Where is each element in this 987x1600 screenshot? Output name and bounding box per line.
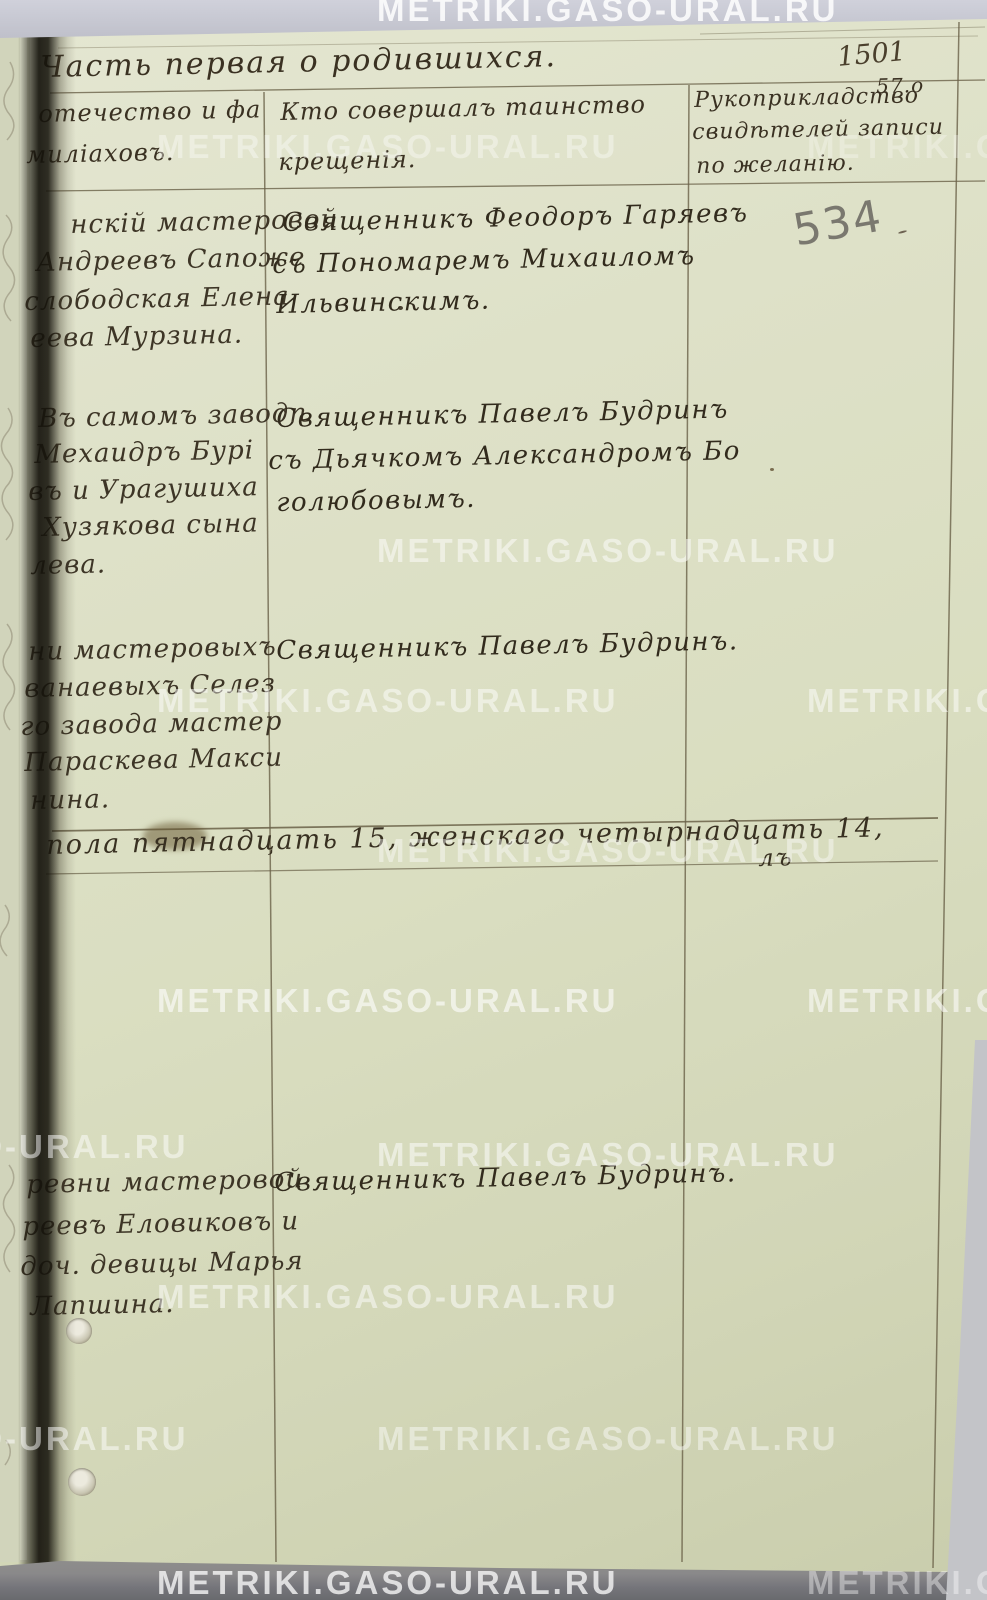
watermark-text: METRIKI.GASO-URAL.RU: [807, 982, 987, 1020]
watermark-text: METRIKI.GASO-URAL.RU: [377, 0, 838, 29]
watermark-text: METRIKI.GASO-URAL.RU: [157, 982, 618, 1020]
parents-column-text: Въ самомъ заводѣ: [38, 398, 314, 434]
watermark-text: METRIKI.GASO-URAL.RU: [807, 1564, 987, 1600]
watermark-text: METRIKI.GASO-URAL.RU: [807, 128, 987, 166]
watermark-text: METRIKI.GASO-URAL.RU: [807, 682, 987, 720]
watermark-text: METRIKI.GASO-URAL.RU: [0, 1420, 188, 1458]
document-scan: Часть первая о родившихся. 1501 отечеств…: [0, 0, 987, 1600]
watermark-text: METRIKI.GASO-URAL.RU: [377, 532, 838, 570]
watermark-text: METRIKI.GASO-URAL.RU: [377, 1136, 838, 1174]
priest-column-text: Ильвинскимъ.: [276, 286, 491, 320]
annotation-number: 57.о: [876, 73, 924, 98]
ink-speck: [770, 468, 774, 471]
book-gutter-shadow: [18, 28, 76, 1564]
parents-column-text: Андреевъ Сапоже: [36, 242, 306, 278]
watermark-text: METRIKI.GASO-URAL.RU: [157, 128, 618, 166]
watermark-text: METRIKI.GASO-URAL.RU: [157, 1278, 618, 1316]
watermark-text: METRIKI.GASO-URAL.RU: [157, 682, 618, 720]
priest-column-text: голюбовымъ.: [276, 484, 476, 518]
watermark-text: METRIKI.GASO-URAL.RU: [157, 1564, 618, 1600]
watermark-text: METRIKI.GASO-URAL.RU: [0, 1128, 188, 1166]
watermark-text: METRIKI.GASO-URAL.RU: [377, 1420, 838, 1458]
watermark-text: METRIKI.GASO-URAL.RU: [377, 832, 838, 870]
page-number: 1501: [836, 36, 907, 73]
